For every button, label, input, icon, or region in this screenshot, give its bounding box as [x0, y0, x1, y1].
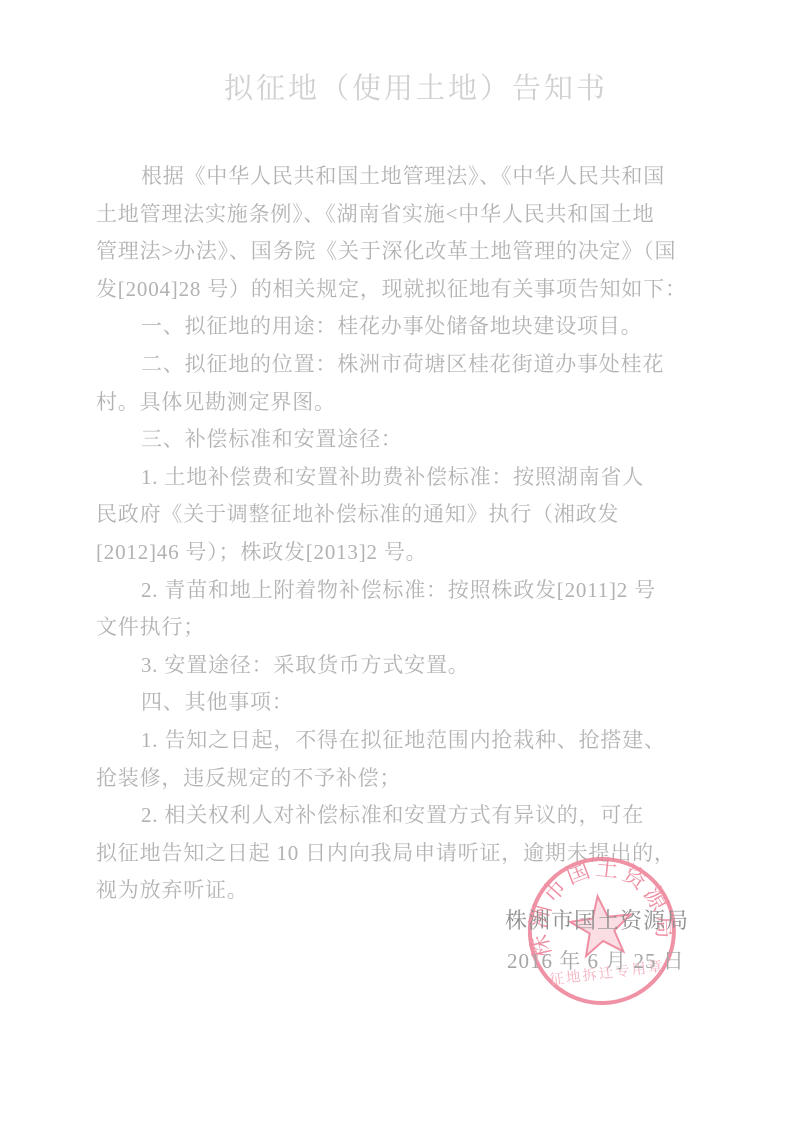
- document-line: 根据《中华人民共和国土地管理法》、《中华人民共和国: [96, 158, 716, 196]
- document-line: 管理法>办法》、国务院《关于深化改革土地管理的决定》（国: [96, 233, 716, 271]
- document-line: 四、其他事项：: [96, 684, 716, 722]
- document-line: 村。具体见勘测定界图。: [96, 384, 716, 422]
- document-line: 民政府《关于调整征地补偿标准的通知》执行（湘政发: [96, 496, 716, 534]
- document-line: 发[2004]28 号）的相关规定，现就拟征地有关事项告知如下：: [96, 271, 716, 309]
- document-line: 2. 青苗和地上附着物补偿标准：按照株政发[2011]2 号: [96, 572, 716, 610]
- document-line: 3. 安置途径：采取货币方式安置。: [96, 647, 716, 685]
- document-title: 拟征地（使用土地）告知书: [16, 66, 800, 107]
- document-line: 一、拟征地的用途：桂花办事处储备地块建设项目。: [96, 308, 716, 346]
- document-line: 土地管理法实施条例》、《湖南省实施<中华人民共和国土地: [96, 196, 716, 234]
- signature-org: 株洲市国土资源局: [505, 904, 689, 935]
- document-line: 三、补偿标准和安置途径：: [96, 421, 716, 459]
- signature-date: 2016 年 6 月 25 日: [507, 945, 685, 975]
- document-line: [2012]46 号）；株政发[2013]2 号。: [96, 534, 716, 572]
- document-line: 二、拟征地的位置：株洲市荷塘区桂花街道办事处桂花: [96, 346, 716, 384]
- document-line: 1. 土地补偿费和安置补助费补偿标准：按照湖南省人: [96, 459, 716, 497]
- document-line: 1. 告知之日起，不得在拟征地范围内抢栽种、抢搭建、: [96, 722, 716, 760]
- document-line: 文件执行；: [96, 609, 716, 647]
- scanned-document-page: 拟征地（使用土地）告知书 根据《中华人民共和国土地管理法》、《中华人民共和国土地…: [0, 0, 800, 1130]
- document-body: 根据《中华人民共和国土地管理法》、《中华人民共和国土地管理法实施条例》、《湖南省…: [96, 158, 716, 910]
- document-line: 抢装修，违反规定的不予补偿；: [96, 760, 716, 798]
- document-line: 2. 相关权利人对补偿标准和安置方式有异议的，可在: [96, 797, 716, 835]
